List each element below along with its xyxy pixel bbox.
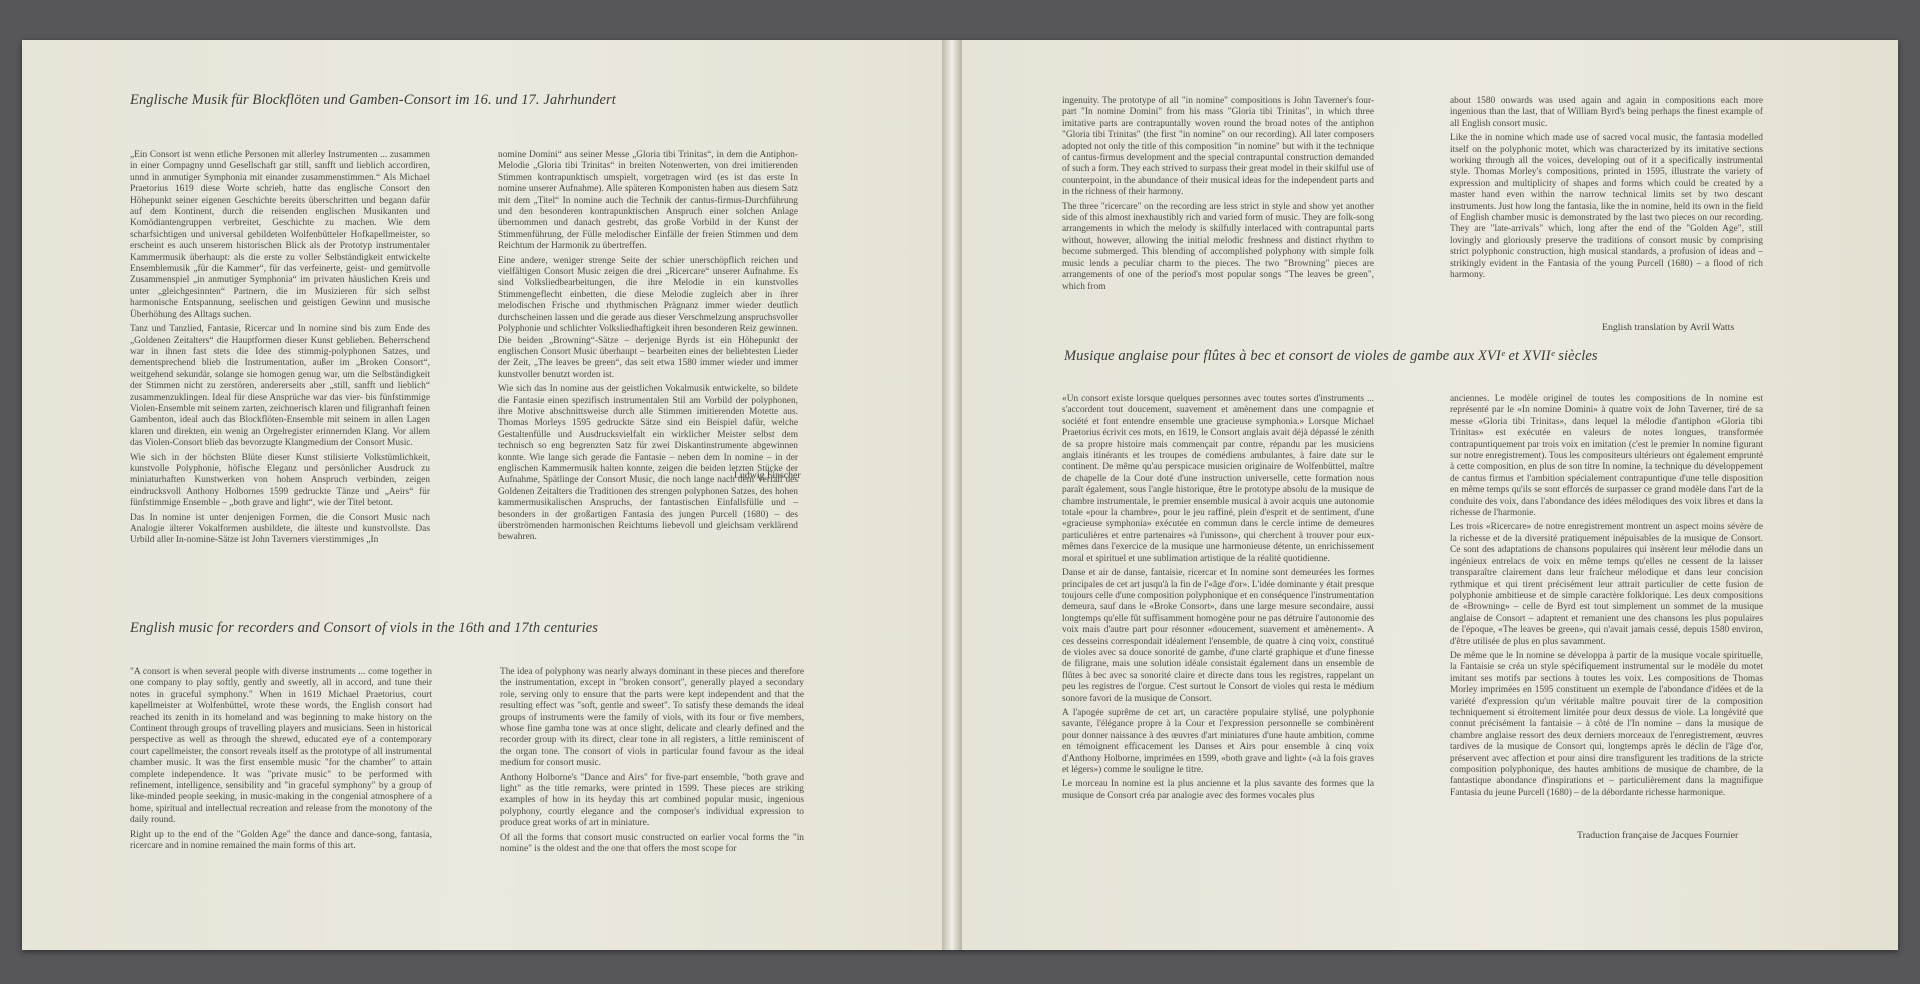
german-column-1: „Ein Consort ist wenn etliche Personen m… <box>130 150 430 550</box>
paragraph: Danse et air de danse, fantaisie, ricerc… <box>1062 568 1374 705</box>
french-translator-signature: Traduction française de Jacques Fournier <box>1577 830 1738 841</box>
english-column-2: The idea of polyphony was nearly always … <box>500 667 804 859</box>
paragraph: Of all the forms that consort music cons… <box>500 833 804 856</box>
paragraph: Das In nomine ist unter denjenigen Forme… <box>130 513 430 547</box>
german-column-2: nomine Domini“ aus seiner Messe „Gloria … <box>498 150 798 547</box>
english-column-1: "A consort is when several people with d… <box>130 667 432 856</box>
paragraph: Le morceau In nomine est la plus ancienn… <box>1062 779 1374 802</box>
paragraph: „Ein Consort ist wenn etliche Personen m… <box>130 150 430 321</box>
french-heading: Musique anglaise pour flûtes à bec et co… <box>1064 348 1598 365</box>
paragraph: The three "ricercare" on the recording a… <box>1062 202 1374 293</box>
paragraph: Right up to the end of the "Golden Age" … <box>130 830 432 853</box>
paragraph: De même que le In nomine se développa à … <box>1450 651 1763 799</box>
paragraph: nomine Domini“ aus seiner Messe „Gloria … <box>498 150 798 253</box>
paragraph: ingenuity. The prototype of all "in nomi… <box>1062 96 1374 199</box>
right-page: ingenuity. The prototype of all "in nomi… <box>962 40 1898 950</box>
paragraph: about 1580 onwards was used again and ag… <box>1450 96 1763 130</box>
english-translator-signature: English translation by Avril Watts <box>1602 322 1734 333</box>
french-column-1: «Un consort existe lorsque quelques pers… <box>1062 394 1374 805</box>
left-page: Englische Musik für Blockflöten und Gamb… <box>22 40 942 950</box>
paragraph: Eine andere, weniger strenge Seite der s… <box>498 256 798 381</box>
paragraph: Like the in nomine which made use of sac… <box>1450 133 1763 281</box>
paragraph: anciennes. Le modèle originel de toutes … <box>1450 394 1763 519</box>
german-heading: Englische Musik für Blockflöten und Gamb… <box>130 92 616 109</box>
english-continued-column-2: about 1580 onwards was used again and ag… <box>1450 96 1763 285</box>
french-column-2: anciennes. Le modèle originel de toutes … <box>1450 394 1763 802</box>
paragraph: Wie sich in der höchsten Blüte dieser Ku… <box>130 453 430 510</box>
english-continued-column-1: ingenuity. The prototype of all "in nomi… <box>1062 96 1374 296</box>
gatefold-sleeve: Englische Musik für Blockflöten und Gamb… <box>22 40 1898 950</box>
paragraph: «Un consort existe lorsque quelques pers… <box>1062 394 1374 565</box>
paragraph: Tanz und Tanzlied, Fantasie, Ricercar un… <box>130 324 430 449</box>
paragraph: The idea of polyphony was nearly always … <box>500 667 804 770</box>
paragraph: A l'apogée suprême de cet art, un caract… <box>1062 708 1374 776</box>
paragraph: "A consort is when several people with d… <box>130 667 432 827</box>
german-author-signature: Ludwig Finscher <box>734 470 801 481</box>
paragraph: Les trois «Ricercare» de notre enregistr… <box>1450 522 1763 647</box>
paragraph: Wie sich das In nomine aus der geistlich… <box>498 384 798 544</box>
gatefold-spine <box>942 40 962 950</box>
english-heading: English music for recorders and Consort … <box>130 620 598 637</box>
paragraph: Anthony Holborne's "Dance and Airs" for … <box>500 773 804 830</box>
